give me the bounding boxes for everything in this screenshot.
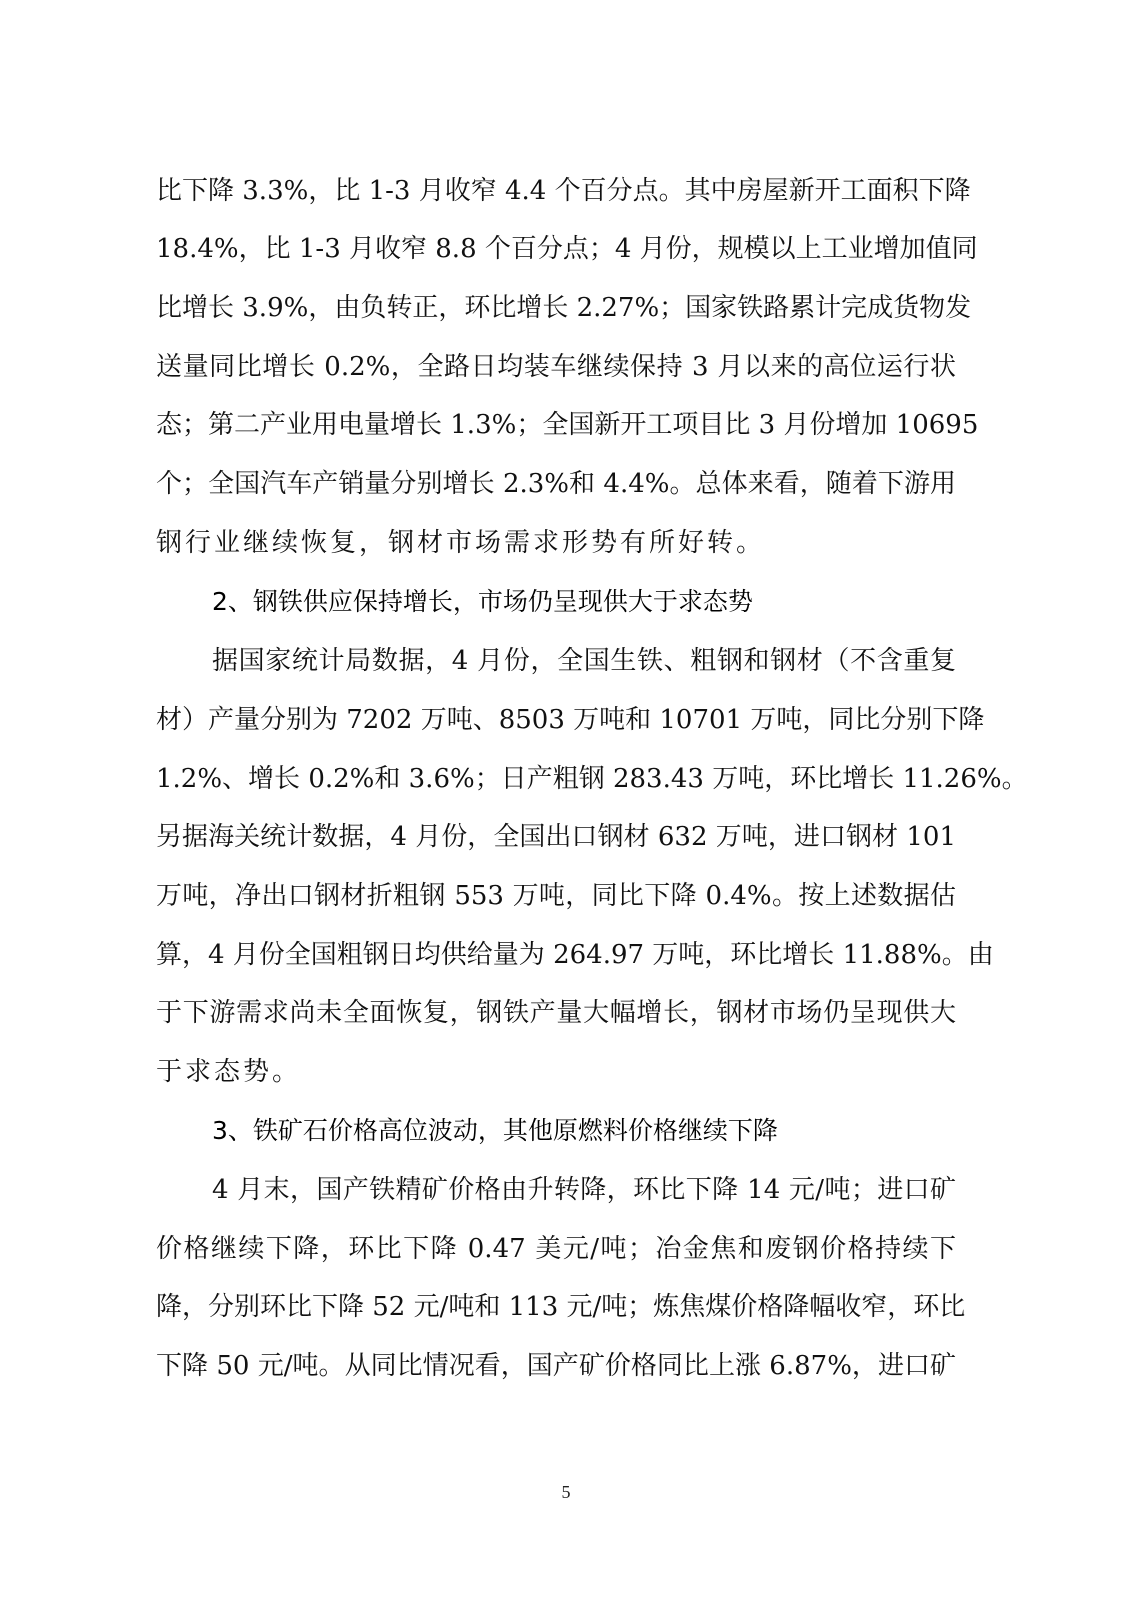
body-text-line: 价格继续下降，环比下降 0.47 美元/吨；冶金焦和废钢价格持续下 (156, 1229, 956, 1269)
body-text-line: 1.2%、增长 0.2%和 3.6%；日产粗钢 283.43 万吨，环比增长 1… (156, 759, 956, 799)
document-page: 比下降 3.3%，比 1-3 月收窄 4.4 个百分点。其中房屋新开工面积下降 … (0, 0, 1131, 1600)
body-text-line: 据国家统计局数据，4 月份，全国生铁、粗钢和钢材（不含重复 (212, 641, 956, 681)
section-heading-3: 3、铁矿石价格高位波动，其他原燃料价格继续下降 (212, 1111, 778, 1151)
body-text-line: 于求态势。 (156, 1052, 956, 1092)
body-text-line: 材）产量分别为 7202 万吨、8503 万吨和 10701 万吨，同比分别下降 (156, 700, 956, 740)
body-text-line: 下降 50 元/吨。从同比情况看，国产矿价格同比上涨 6.87%，进口矿 (156, 1346, 956, 1386)
body-text-line: 算，4 月份全国粗钢日均供给量为 264.97 万吨，环比增长 11.88%。由 (156, 935, 956, 975)
body-text-line: 万吨，净出口钢材折粗钢 553 万吨，同比下降 0.4%。按上述数据估 (156, 876, 956, 916)
body-text-line: 钢行业继续恢复，钢材市场需求形势有所好转。 (156, 523, 956, 563)
body-text-line: 18.4%，比 1-3 月收窄 8.8 个百分点；4 月份，规模以上工业增加值同 (156, 229, 956, 269)
body-text-line: 4 月末，国产铁精矿价格由升转降，环比下降 14 元/吨；进口矿 (212, 1170, 956, 1210)
body-text-line: 降，分别环比下降 52 元/吨和 113 元/吨；炼焦煤价格降幅收窄，环比 (156, 1287, 956, 1327)
body-text-line: 另据海关统计数据，4 月份，全国出口钢材 632 万吨，进口钢材 101 (156, 817, 956, 857)
body-text-line: 态；第二产业用电量增长 1.3%；全国新开工项目比 3 月份增加 10695 (156, 405, 956, 445)
body-text-line: 个；全国汽车产销量分别增长 2.3%和 4.4%。总体来看，随着下游用 (156, 464, 956, 504)
body-text-line: 比下降 3.3%，比 1-3 月收窄 4.4 个百分点。其中房屋新开工面积下降 (156, 171, 956, 211)
body-text-line: 比增长 3.9%，由负转正，环比增长 2.27%；国家铁路累计完成货物发 (156, 288, 956, 328)
section-heading-2: 2、钢铁供应保持增长，市场仍呈现供大于求态势 (212, 582, 753, 622)
page-number: 5 (555, 1482, 577, 1503)
body-text-line: 送量同比增长 0.2%，全路日均装车继续保持 3 月以来的高位运行状 (156, 347, 956, 387)
body-text-line: 于下游需求尚未全面恢复，钢铁产量大幅增长，钢材市场仍呈现供大 (156, 993, 956, 1033)
